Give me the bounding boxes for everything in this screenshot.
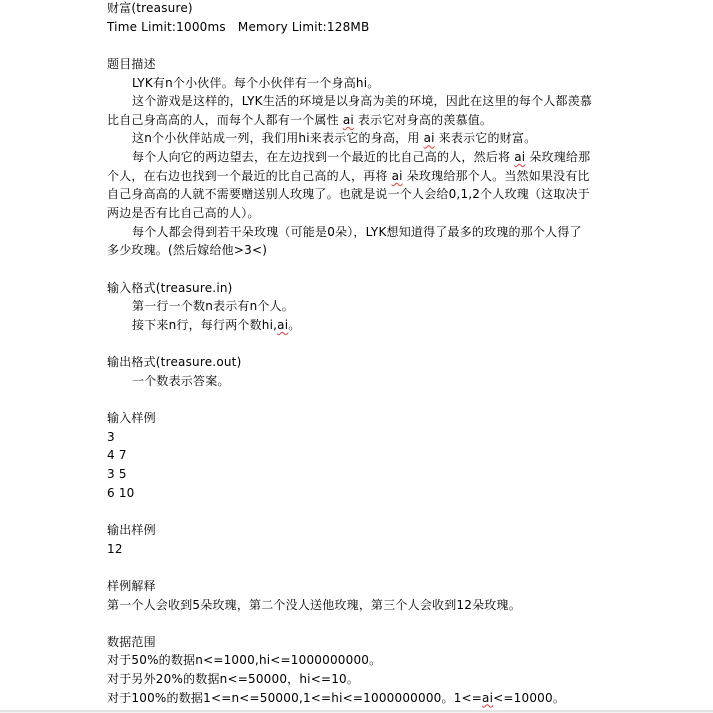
- description-line: 比自己身高高的人，而每个人都有一个属性 ai 表示它对身高的羡慕值。: [107, 111, 617, 130]
- text: 个人，在右边也找到一个最近的比自己高的人，再将: [107, 169, 392, 183]
- input-format-line: 第一行一个数n表示有n个人。: [107, 297, 617, 316]
- description-heading: 题目描述: [107, 55, 617, 74]
- output-format-heading: 输出格式(treasure.out): [107, 353, 617, 372]
- spellcheck-word: ai: [424, 131, 435, 145]
- sample-explanation-line: 第一个人会收到5朵玫瑰，第二个没人送他玫瑰，第三个人会收到12朵玫瑰。: [107, 596, 617, 615]
- spellcheck-word: ai: [482, 691, 493, 705]
- text: 这个游戏是这样的，LYK生活的环境是以身高为美的环境，因此在这里的每个人都羡慕: [132, 94, 592, 108]
- text: 对于100%的数据1<=n<=50000,1<=hi<=1000000000。1…: [107, 691, 482, 705]
- problem-document: 财富(treasure) Time Limit:1000ms Memory Li…: [107, 0, 617, 707]
- sample-input-line: 6 10: [107, 484, 617, 503]
- sample-input-line: 4 7: [107, 446, 617, 465]
- sample-input-line: 3 5: [107, 465, 617, 484]
- spellcheck-word: ai: [277, 318, 288, 332]
- input-format-heading: 输入格式(treasure.in): [107, 279, 617, 298]
- spacer: [107, 390, 617, 409]
- text: 。: [288, 318, 300, 332]
- description-line: 这n个小伙伴站成一列，我们用hi来表示它的身高，用 ai 来表示它的财富。: [107, 129, 617, 148]
- text: LYK有n个小伙伴。每个小伙伴有一个身高hi。: [132, 76, 379, 90]
- text: 这n个小伙伴站成一列，我们用hi来表示它的身高，用: [132, 131, 424, 145]
- spacer: [107, 260, 617, 279]
- sample-output-line: 12: [107, 540, 617, 559]
- text: 对于另外20%的数据n<=50000，hi<=10。: [107, 672, 359, 686]
- spacer: [107, 36, 617, 55]
- spellcheck-word: ai: [392, 169, 403, 183]
- text: 比自己身高高的人，而每个人都有一个属性: [107, 113, 343, 127]
- sample-input-heading: 输入样例: [107, 409, 617, 428]
- text: 来表示它的财富。: [435, 131, 537, 145]
- sample-input-line: 3: [107, 428, 617, 447]
- sample-explanation-heading: 样例解释: [107, 577, 617, 596]
- input-format-line: 接下来n行，每行两个数hi,ai。: [107, 316, 617, 335]
- problem-title: 财富(treasure): [107, 0, 617, 18]
- spacer: [107, 558, 617, 577]
- text: 两边是否有比自己高的人）。: [107, 206, 260, 220]
- description-line: 多少玫瑰。(然后嫁给他>3<): [107, 241, 617, 260]
- description-line: 两边是否有比自己高的人）。: [107, 204, 617, 223]
- spellcheck-word: ai: [514, 150, 525, 164]
- spacer: [107, 502, 617, 521]
- description-line: 自己身高高的人就不需要赠送别人玫瑰了。也就是说一个人会给0,1,2个人玫瑰（这取…: [107, 185, 617, 204]
- text: 对于50%的数据n<=1000,hi<=1000000000。: [107, 653, 381, 667]
- text: <=10000。: [493, 691, 565, 705]
- text: 一个数表示答案。: [132, 374, 230, 388]
- text: 自己身高高的人就不需要赠送别人玫瑰了。也就是说一个人会给0,1,2个人玫瑰（这取…: [107, 187, 590, 201]
- spacer: [107, 335, 617, 354]
- spacer: [107, 614, 617, 633]
- limits-line: Time Limit:1000ms Memory Limit:128MB: [107, 18, 617, 37]
- text: 每个人向它的两边望去，在左边找到一个最近的比自己高的人，然后将: [132, 150, 514, 164]
- spellcheck-word: ai: [343, 113, 354, 127]
- text: 每个人都会得到若干朵玫瑰（可能是0朵），LYK想知道得了最多的玫瑰的那个人得了: [132, 225, 582, 239]
- output-format-line: 一个数表示答案。: [107, 372, 617, 391]
- description-line: LYK有n个小伙伴。每个小伙伴有一个身高hi。: [107, 74, 617, 93]
- sample-output-heading: 输出样例: [107, 521, 617, 540]
- description-line: 这个游戏是这样的，LYK生活的环境是以身高为美的环境，因此在这里的每个人都羡慕: [107, 92, 617, 111]
- data-range-heading: 数据范围: [107, 633, 617, 652]
- text: 接下来n行，每行两个数hi,: [132, 318, 277, 332]
- description-line: 每个人都会得到若干朵玫瑰（可能是0朵），LYK想知道得了最多的玫瑰的那个人得了: [107, 223, 617, 242]
- text: 第一个人会收到5朵玫瑰，第二个没人送他玫瑰，第三个人会收到12朵玫瑰。: [107, 598, 521, 612]
- description-line: 每个人向它的两边望去，在左边找到一个最近的比自己高的人，然后将 ai 朵玫瑰给那: [107, 148, 617, 167]
- data-range-line: 对于100%的数据1<=n<=50000,1<=hi<=1000000000。1…: [107, 689, 617, 708]
- text: 朵玫瑰给那个人。当然如果没有比: [403, 169, 590, 183]
- text: 表示它对身高的羡慕值。: [354, 113, 492, 127]
- data-range-line: 对于另外20%的数据n<=50000，hi<=10。: [107, 670, 617, 689]
- data-range-line: 对于50%的数据n<=1000,hi<=1000000000。: [107, 651, 617, 670]
- description-line: 个人，在右边也找到一个最近的比自己高的人，再将 ai 朵玫瑰给那个人。当然如果没…: [107, 167, 617, 186]
- text: 多少玫瑰。(然后嫁给他>3<): [107, 243, 267, 257]
- text: 朵玫瑰给那: [525, 150, 590, 164]
- text: 第一行一个数n表示有n个人。: [132, 299, 294, 313]
